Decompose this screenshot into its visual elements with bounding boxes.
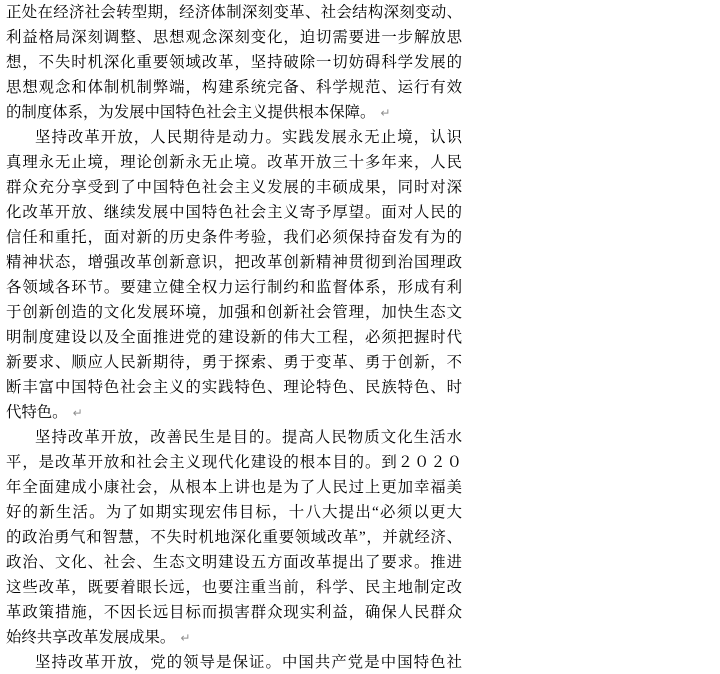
text-line: 坚持改革开放，改善民生是目的。提高人民物质文化生活水 <box>6 425 462 450</box>
text-run: 好的新生活。为了如期实现宏伟目标，十八大提出“必须以更大 <box>6 504 462 521</box>
text-line: 信任和重托，面对新的历史条件考验，我们必须保持奋发有为的 <box>6 225 462 250</box>
paragraph: 坚持改革开放，改善民生是目的。提高人民物质文化生活水平，是改革开放和社会主义现代… <box>6 425 462 650</box>
text-run: 坚持改革开放，改善民生是目的。提高人民物质文化生活水 <box>35 429 462 446</box>
text-run: 思想观念和体制机制弊端，构建系统完备、科学规范、运行有效 <box>6 79 462 96</box>
text-line: 好的新生活。为了如期实现宏伟目标，十八大提出“必须以更大 <box>6 500 462 525</box>
text-line: 的制度体系，为发展中国特色社会主义提供根本保障。↵ <box>6 100 462 125</box>
text-line: 明制度建设以及全面推进党的建设新的伟大工程，必须把握时代 <box>6 325 462 350</box>
text-line: 代特色。↵ <box>6 400 462 425</box>
text-run: 于创新创造的文化发展环境，加强和创新社会管理，加快生态文 <box>6 304 462 321</box>
text-line: 平，是改革开放和社会主义现代化建设的根本目的。到２０２０ <box>6 450 462 475</box>
text-run: 断丰富中国特色社会主义的实践特色、理论特色、民族特色、时 <box>6 379 462 396</box>
text-run: 明制度建设以及全面推进党的建设新的伟大工程，必须把握时代 <box>6 329 462 346</box>
text-run: 群众充分享受到了中国特色社会主义发展的丰硕成果，同时对深 <box>6 179 462 196</box>
text-line: 正处在经济社会转型期，经济体制深刻变革、社会结构深刻变动、 <box>6 0 462 25</box>
text-run: 年全面建成小康社会，从根本上讲也是为了人民过上更加幸福美 <box>6 479 462 496</box>
text-line: 思想观念和体制机制弊端，构建系统完备、科学规范、运行有效 <box>6 75 462 100</box>
text-line: 精神状态，增强改革创新意识，把改革创新精神贯彻到治国理政 <box>6 250 462 275</box>
paragraph: 正处在经济社会转型期，经济体制深刻变革、社会结构深刻变动、利益格局深刻调整、思想… <box>6 0 462 125</box>
text-line: 真理永无止境，理论创新永无止境。改革开放三十多年来，人民 <box>6 150 462 175</box>
text-line: 各领域各环节。要建立健全权力运行制约和监督体系，形成有利 <box>6 275 462 300</box>
text-run: 各领域各环节。要建立健全权力运行制约和监督体系，形成有利 <box>6 279 462 296</box>
text-line: 始终共享改革发展成果。↵ <box>6 625 462 650</box>
text-run: 的制度体系，为发展中国特色社会主义提供根本保障。 <box>6 104 375 121</box>
text-run: 代特色。 <box>6 404 68 421</box>
text-line: 政治、文化、社会、生态文明建设五方面改革提出了要求。推进 <box>6 550 462 575</box>
text-run: 信任和重托，面对新的历史条件考验，我们必须保持奋发有为的 <box>6 229 462 246</box>
text-run: 政治、文化、社会、生态文明建设五方面改革提出了要求。推进 <box>6 554 462 571</box>
text-run: 这些改革，既要着眼长远，也要注重当前，科学、民主地制定改 <box>6 579 462 596</box>
text-line: 坚持改革开放，人民期待是动力。实践发展永无止境，认识 <box>6 125 462 150</box>
text-line: 年全面建成小康社会，从根本上讲也是为了人民过上更加幸福美 <box>6 475 462 500</box>
text-line: 革政策措施，不因长远目标而损害群众现实利益，确保人民群众 <box>6 600 462 625</box>
text-line: 利益格局深刻调整、思想观念深刻变化，迫切需要进一步解放思 <box>6 25 462 50</box>
paragraph: 坚持改革开放，党的领导是保证。中国共产党是中国特色社 <box>6 650 462 674</box>
text-line: 群众充分享受到了中国特色社会主义发展的丰硕成果，同时对深 <box>6 175 462 200</box>
text-run: 新要求、顺应人民新期待，勇于探索、勇于变革、勇于创新，不 <box>6 354 462 371</box>
text-line: 断丰富中国特色社会主义的实践特色、理论特色、民族特色、时 <box>6 375 462 400</box>
document-body: 正处在经济社会转型期，经济体制深刻变革、社会结构深刻变动、利益格局深刻调整、思想… <box>0 0 462 674</box>
text-run: 坚持改革开放，人民期待是动力。实践发展永无止境，认识 <box>35 129 462 146</box>
paragraph-mark-icon: ↵ <box>380 106 390 120</box>
text-run: 想，不失时机深化重要领域改革，坚持破除一切妨碍科学发展的 <box>6 54 462 71</box>
text-line: 新要求、顺应人民新期待，勇于探索、勇于变革、勇于创新，不 <box>6 350 462 375</box>
text-run: 正处在经济社会转型期，经济体制深刻变革、社会结构深刻变动、 <box>6 4 462 21</box>
text-run: 坚持改革开放，党的领导是保证。中国共产党是中国特色社 <box>35 654 462 671</box>
document-page[interactable]: 正处在经济社会转型期，经济体制深刻变革、社会结构深刻变动、利益格局深刻调整、思想… <box>0 0 720 674</box>
text-line: 这些改革，既要着眼长远，也要注重当前，科学、民主地制定改 <box>6 575 462 600</box>
text-line: 于创新创造的文化发展环境，加强和创新社会管理，加快生态文 <box>6 300 462 325</box>
text-run: 利益格局深刻调整、思想观念深刻变化，迫切需要进一步解放思 <box>6 29 462 46</box>
text-run: 平，是改革开放和社会主义现代化建设的根本目的。到２０２０ <box>6 454 462 471</box>
text-run: 化改革开放、继续发展中国特色社会主义寄予厚望。面对人民的 <box>6 204 462 221</box>
text-run: 始终共享改革发展成果。 <box>6 629 175 646</box>
text-run: 的政治勇气和智慧，不失时机地深化重要领域改革”，并就经济、 <box>6 529 462 546</box>
text-run: 真理永无止境，理论创新永无止境。改革开放三十多年来，人民 <box>6 154 462 171</box>
text-line: 化改革开放、继续发展中国特色社会主义寄予厚望。面对人民的 <box>6 200 462 225</box>
text-run: 精神状态，增强改革创新意识，把改革创新精神贯彻到治国理政 <box>6 254 462 271</box>
text-run: 革政策措施，不因长远目标而损害群众现实利益，确保人民群众 <box>6 604 462 621</box>
text-line: 想，不失时机深化重要领域改革，坚持破除一切妨碍科学发展的 <box>6 50 462 75</box>
text-line: 坚持改革开放，党的领导是保证。中国共产党是中国特色社 <box>6 650 462 674</box>
text-line: 的政治勇气和智慧，不失时机地深化重要领域改革”，并就经济、 <box>6 525 462 550</box>
paragraph-mark-icon: ↵ <box>73 406 83 420</box>
paragraph: 坚持改革开放，人民期待是动力。实践发展永无止境，认识真理永无止境，理论创新永无止… <box>6 125 462 425</box>
paragraph-mark-icon: ↵ <box>180 631 190 645</box>
